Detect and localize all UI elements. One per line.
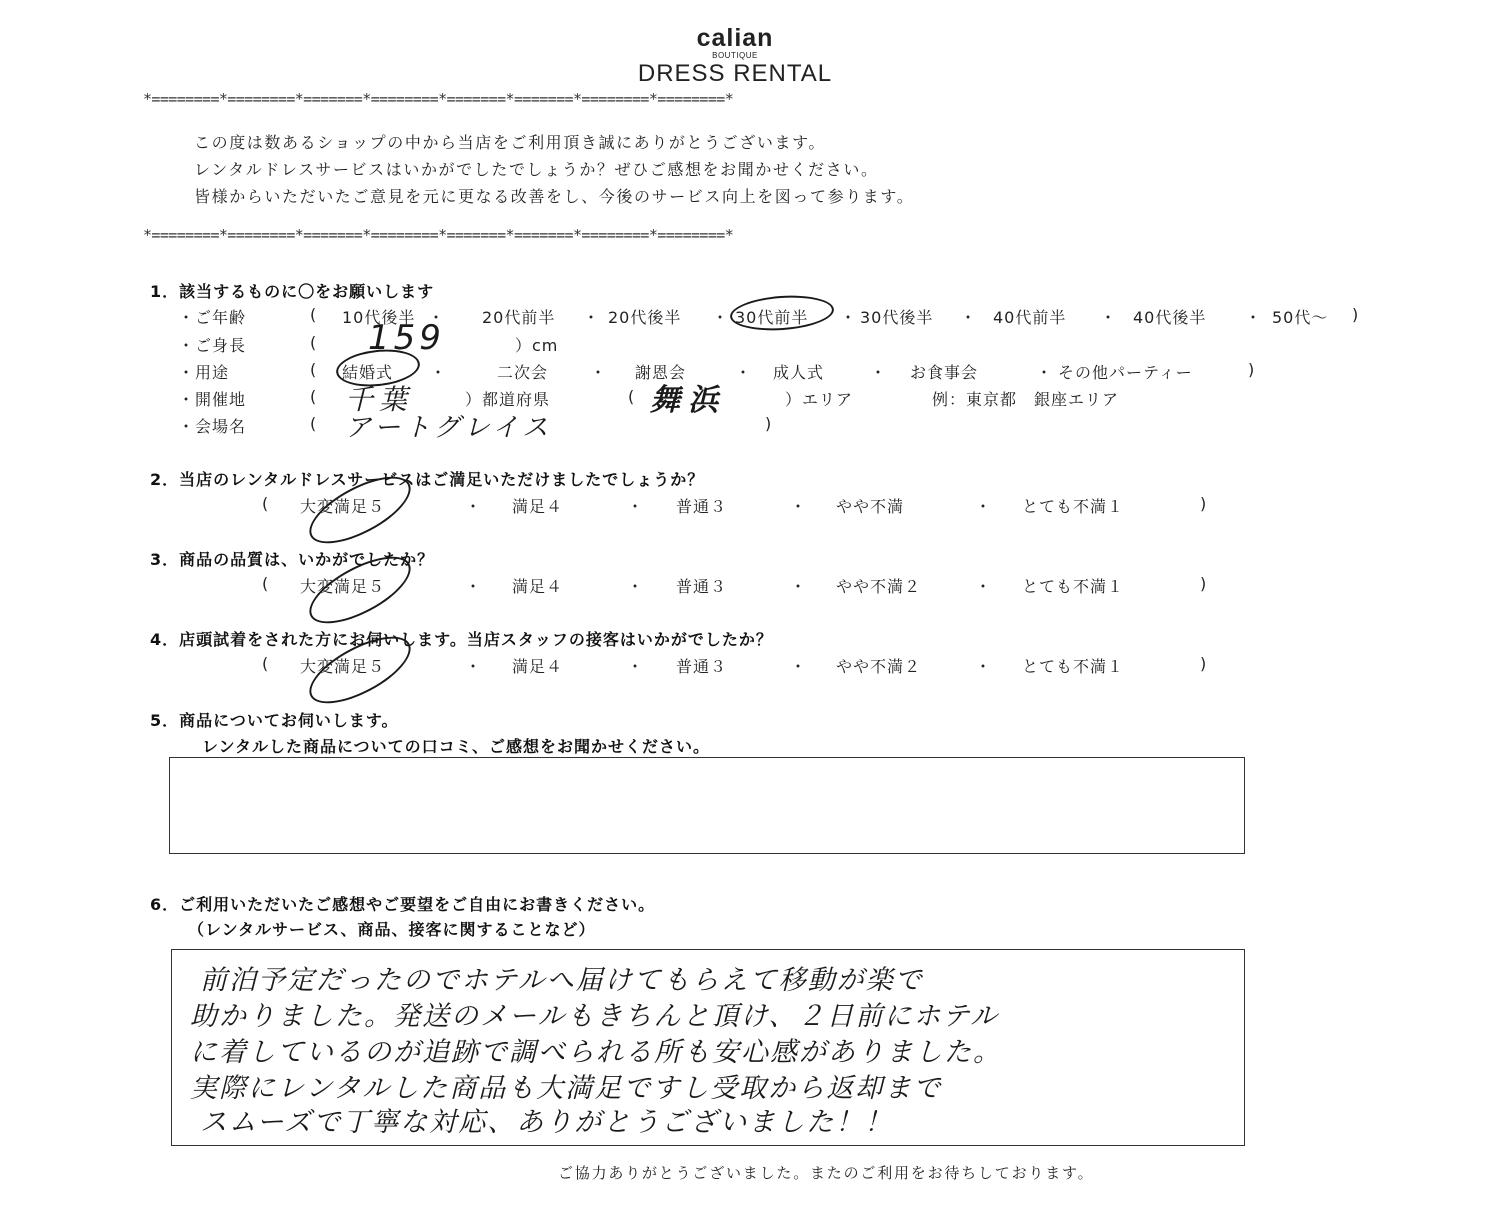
brand-subtitle: BOUTIQUE [0,51,1470,60]
separator: ・ [627,494,644,517]
age-option-40s-early[interactable]: 40代前半 [993,305,1066,328]
q6-answer-line: 助かりました。発送のメールもきちんと頂け、２日前にホテル [190,994,999,1033]
q6-answer-line: 前泊予定だったのでホテルへ届けてもらえて移動が楽で [200,958,924,997]
separator: ・ [1100,305,1117,328]
separator: ・ [465,654,482,677]
rating-option[interactable]: やや不満 [836,494,904,517]
rating-option[interactable]: やや不満２ [836,574,921,597]
age-close-paren: ) [1352,305,1358,324]
age-option-20s-late[interactable]: 20代後半 [608,305,681,328]
q6-answer-line: に着しているのが追跡で調べられる所も安心感がありました。 [190,1030,1002,1069]
q2-title: 2．当店のレンタルドレスサービスはご満足いただけましたでしょうか？ [150,467,704,490]
separator: ・ [790,654,807,677]
q5-subtitle: レンタルした商品についての口コミ、ご感想をお聞かせください。 [202,734,710,757]
purpose-option-dinner[interactable]: お食事会 [910,360,978,383]
rating-option[interactable]: 普通３ [676,494,727,517]
separator: ・ [870,360,887,383]
purpose-close-paren: ) [1248,360,1254,379]
age-label: ・ご年齢 [178,305,246,328]
selected-circle-mark [729,292,835,333]
page-title: DRESS RENTAL [0,60,1470,88]
separator: ・ [735,360,752,383]
divider-top: *========*========*=======*========*====… [143,90,1328,108]
rating-option[interactable]: とても不満１ [1022,654,1124,677]
area-open-paren: ( [628,387,634,406]
rating-close-paren: ) [1200,494,1206,513]
q6-answer-box[interactable]: 前泊予定だったのでホテルへ届けてもらえて移動が楽で 助かりました。発送のメールも… [171,949,1245,1146]
separator: ・ [627,574,644,597]
age-open-paren: ( [310,305,316,324]
rating-option[interactable]: 普通３ [676,654,727,677]
separator: ・ [627,654,644,677]
rating-option[interactable]: 満足４ [512,574,563,597]
rating-close-paren: ) [1200,654,1206,673]
separator: ・ [960,305,977,328]
separator: ・ [590,360,607,383]
separator: ・ [1036,360,1053,383]
separator: ・ [975,574,992,597]
rating-open-paren: ( [262,494,268,513]
intro-line-2: レンタルドレスサービスはいかがでしたでしょうか？ぜひご感想をお聞かせください。 [194,157,879,180]
age-option-20s-early[interactable]: 20代前半 [482,305,555,328]
separator: ・ [465,574,482,597]
venue-open-paren: ( [310,414,316,433]
rating-option[interactable]: 満足４ [512,654,563,677]
age-option-40s-late[interactable]: 40代後半 [1133,305,1206,328]
purpose-label: ・用途 [178,360,229,383]
separator: ・ [790,574,807,597]
q5-answer-box[interactable] [169,757,1245,854]
area-suffix: ）エリア [785,387,853,410]
q4-title: 4．店頭試着をされた方にお伺いします。当店スタッフの接客はいかがでしたか？ [150,627,773,650]
q5-title: 5．商品についてお伺いします。 [150,708,399,731]
venue-handwritten-value[interactable]: アートグレイス [345,407,552,444]
separator: ・ [430,360,447,383]
rating-option[interactable]: 満足４ [512,494,563,517]
intro-line-3: 皆様からいただいたご意見を元に更なる改善をし、今後のサービス向上を図って参ります… [194,184,914,207]
q6-answer-line: スムーズで丁寧な対応、ありがとうございました！！ [200,1100,893,1139]
age-option-30s-late[interactable]: 30代後半 [860,305,933,328]
separator: ・ [583,305,600,328]
q1-title: 1．該当するものに〇をお願いします [150,279,434,302]
age-option-50s-plus[interactable]: 50代～ [1272,305,1328,328]
separator: ・ [975,494,992,517]
separator: ・ [1245,305,1262,328]
rating-option[interactable]: 普通３ [676,574,727,597]
separator: ・ [790,494,807,517]
rating-close-paren: ) [1200,574,1206,593]
location-open-paren: ( [310,387,316,406]
height-label: ・ご身長 [178,333,246,356]
brand-logo: calian [0,24,1470,53]
separator: ・ [840,305,857,328]
rating-option[interactable]: とても不満１ [1022,574,1124,597]
q6-title: 6．ご利用いただいたご感想やご要望をご自由にお書きください。 [150,892,655,915]
rating-open-paren: ( [262,574,268,593]
rating-open-paren: ( [262,654,268,673]
rating-option[interactable]: やや不満２ [836,654,921,677]
q6-subtitle: （レンタルサービス、商品、接客に関することなど） [188,917,595,940]
height-unit: ）cm [515,333,558,356]
separator: ・ [975,654,992,677]
venue-label: ・会場名 [178,414,246,437]
purpose-option-coming-of-age[interactable]: 成人式 [773,360,824,383]
purpose-option-other-party[interactable]: その他パーティー [1058,360,1193,383]
footer-thanks: ご協力ありがとうございました。またのご利用をお待ちしております。 [558,1162,1094,1183]
separator: ・ [465,494,482,517]
height-open-paren: ( [310,333,316,352]
location-label: ・開催地 [178,387,246,410]
location-example: 例：東京都 銀座エリア [932,387,1119,410]
separator: ・ [712,305,729,328]
venue-close-paren: ) [765,414,771,433]
area-handwritten-value[interactable]: 舞浜 [650,375,726,419]
purpose-open-paren: ( [310,360,316,379]
rating-option[interactable]: とても不満１ [1022,494,1124,517]
divider-bottom: *========*========*=======*========*====… [143,226,1328,244]
intro-line-1: この度は数あるショップの中から当店をご利用頂き誠にありがとうございます。 [194,130,826,153]
purpose-option-after-party[interactable]: 二次会 [497,360,548,383]
